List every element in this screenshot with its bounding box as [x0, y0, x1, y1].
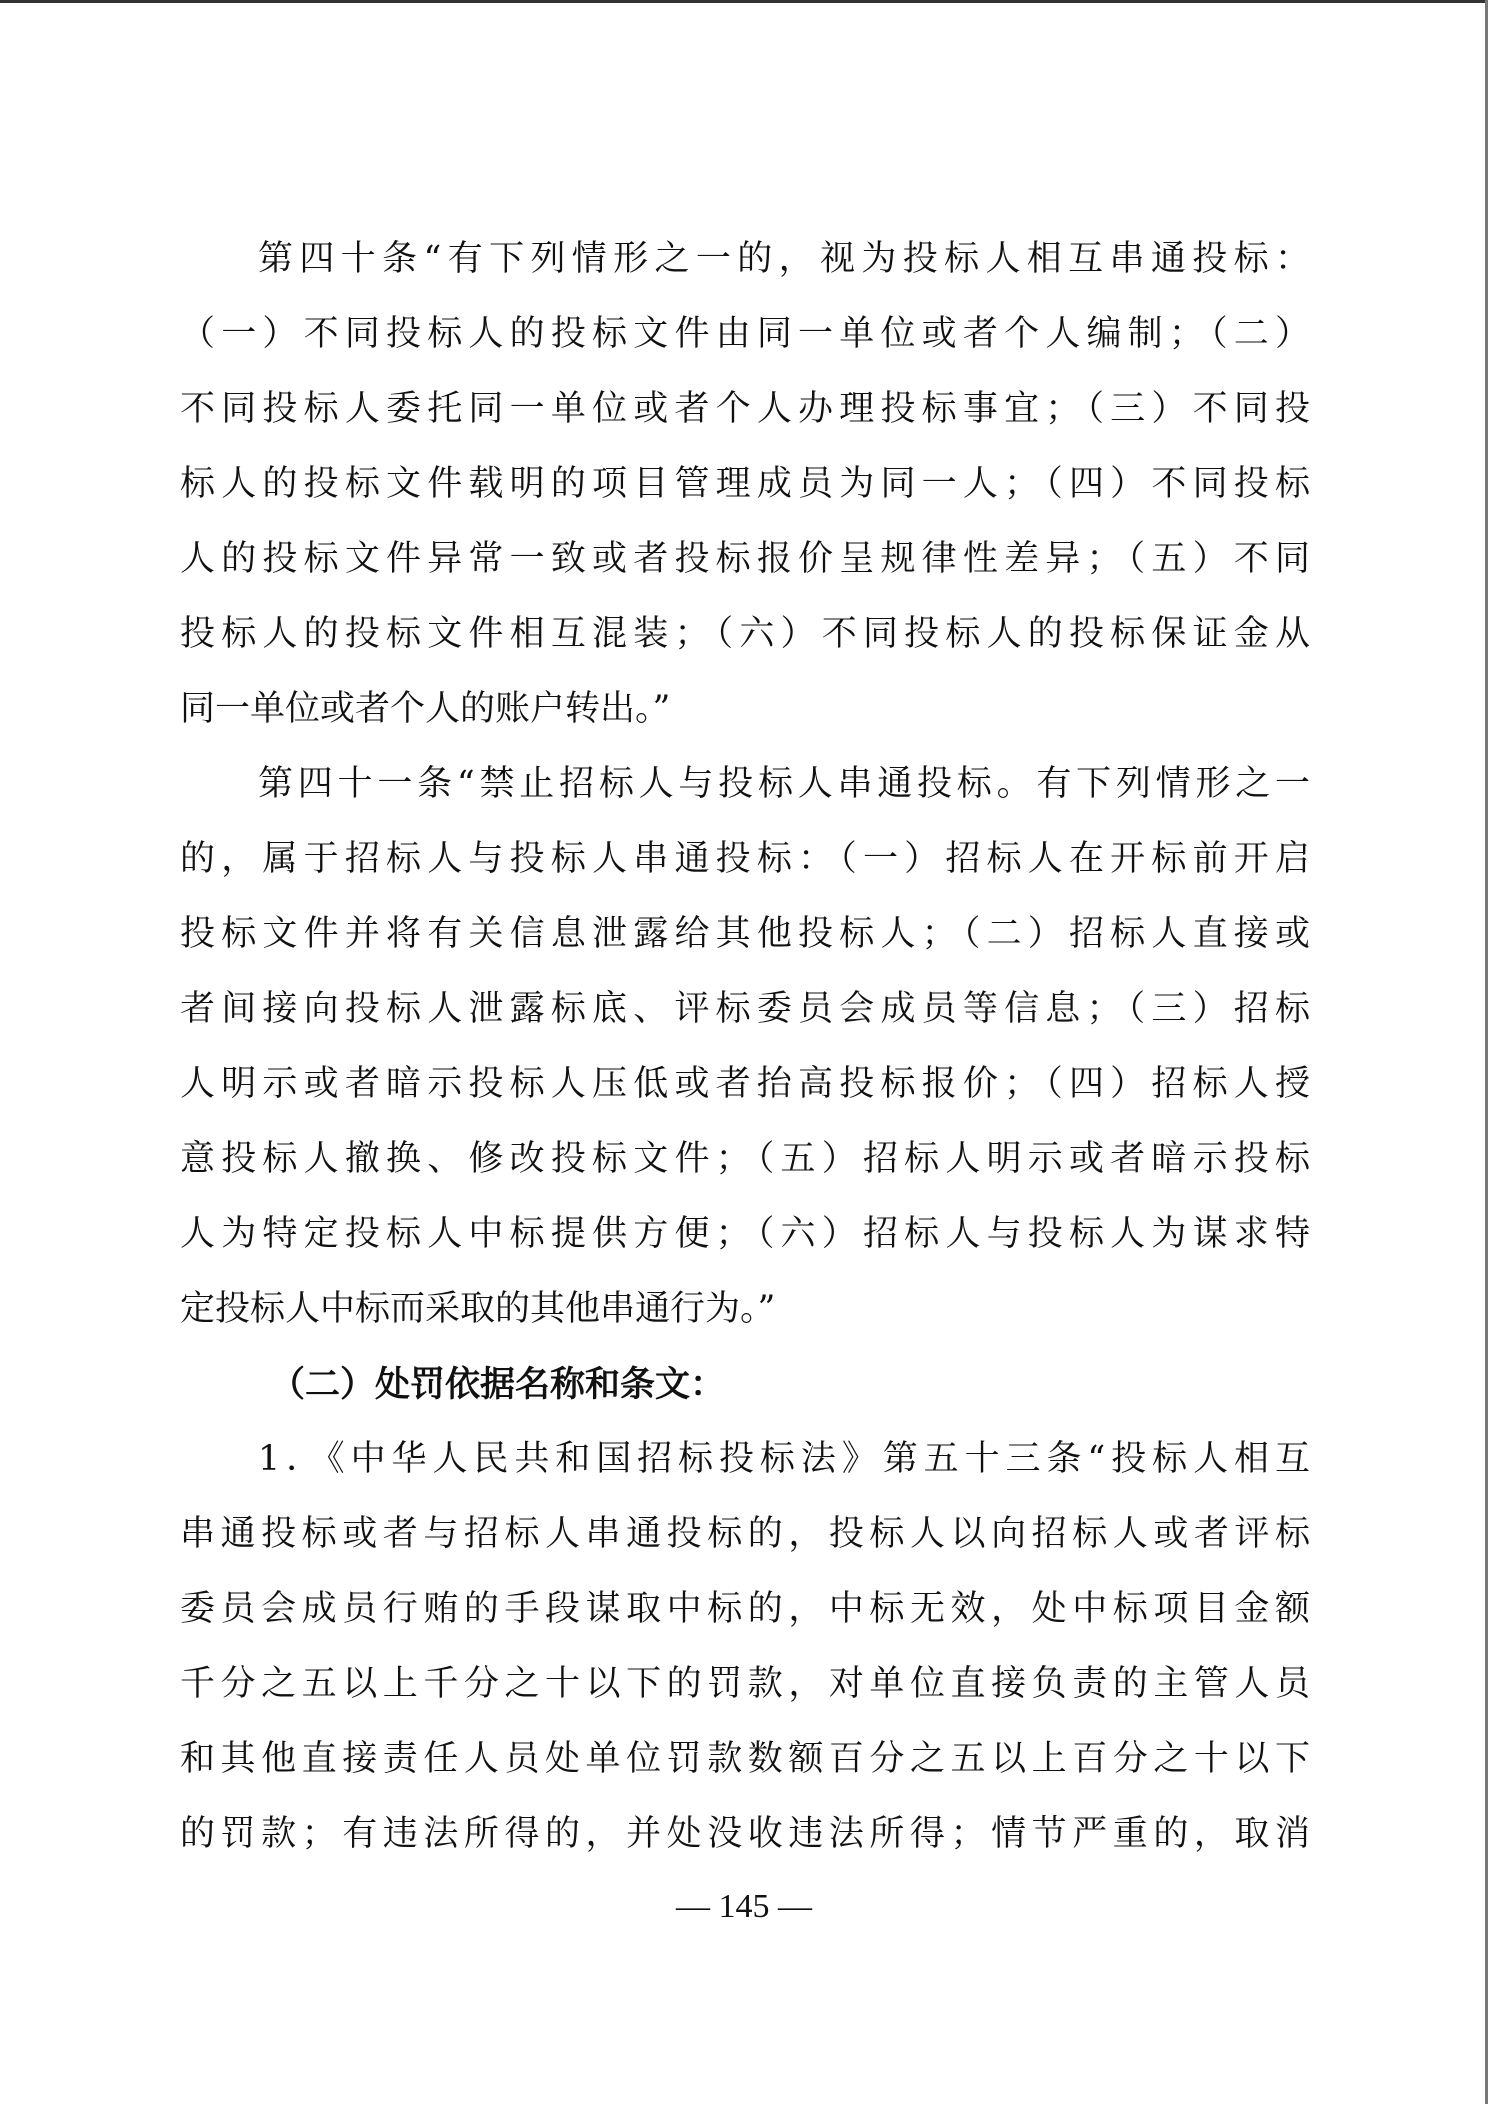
text-line: 人为特定投标人中标提供方便；（六）招标人与投标人为谋求特	[180, 1197, 1310, 1272]
text-line: （一）不同投标人的投标文件由同一单位或者个人编制；（二）	[180, 297, 1310, 372]
text-line: 千分之五以上千分之十以下的罚款，对单位直接负责的主管人员	[180, 1647, 1310, 1722]
text-line: 人的投标文件异常一致或者投标报价呈规律性差异；（五）不同	[180, 522, 1310, 597]
text-line: 者间接向投标人泄露标底、评标委员会成员等信息；（三）招标	[180, 972, 1310, 1047]
text-line: 人明示或者暗示投标人压低或者抬高投标报价；（四）招标人授	[180, 1047, 1310, 1122]
text-line: 的罚款；有违法所得的，并处没收违法所得；情节严重的，取消	[180, 1797, 1310, 1872]
text-line-article-40-start: 第四十条“有下列情形之一的，视为投标人相互串通投标：	[258, 222, 1310, 297]
text-line: 串通投标或者与招标人串通投标的，投标人以向招标人或者评标	[180, 1497, 1310, 1572]
page-border-top	[0, 0, 1488, 3]
text-line-article-41-start: 第四十一条“禁止招标人与投标人串通投标。有下列情形之一	[258, 747, 1310, 822]
text-line-item-1-start: 1．《中华人民共和国招标投标法》第五十三条“投标人相互	[258, 1422, 1310, 1497]
text-line: 定投标人中标而采取的其他串通行为。”	[180, 1272, 1310, 1347]
text-line: 和其他直接责任人员处单位罚款数额百分之五以上百分之十以下	[180, 1722, 1310, 1797]
text-line: 同一单位或者个人的账户转出。”	[180, 672, 1310, 747]
text-line: 委员会成员行贿的手段谋取中标的，中标无效，处中标项目金额	[180, 1572, 1310, 1647]
text-line: 意投标人撤换、修改投标文件；（五）招标人明示或者暗示投标	[180, 1122, 1310, 1197]
text-line: 不同投标人委托同一单位或者个人办理投标事宜；（三）不同投	[180, 372, 1310, 447]
text-line: 投标人的投标文件相互混装；（六）不同投标人的投标保证金从	[180, 597, 1310, 672]
text-line: 的，属于招标人与投标人串通投标：（一）招标人在开标前开启	[180, 822, 1310, 897]
text-line: 标人的投标文件载明的项目管理成员为同一人；（四）不同投标	[180, 447, 1310, 522]
text-line: 投标文件并将有关信息泄露给其他投标人；（二）招标人直接或	[180, 897, 1310, 972]
page-number: — 145 —	[0, 1885, 1488, 1929]
section-heading: （二）处罚依据名称和条文：	[270, 1347, 725, 1422]
